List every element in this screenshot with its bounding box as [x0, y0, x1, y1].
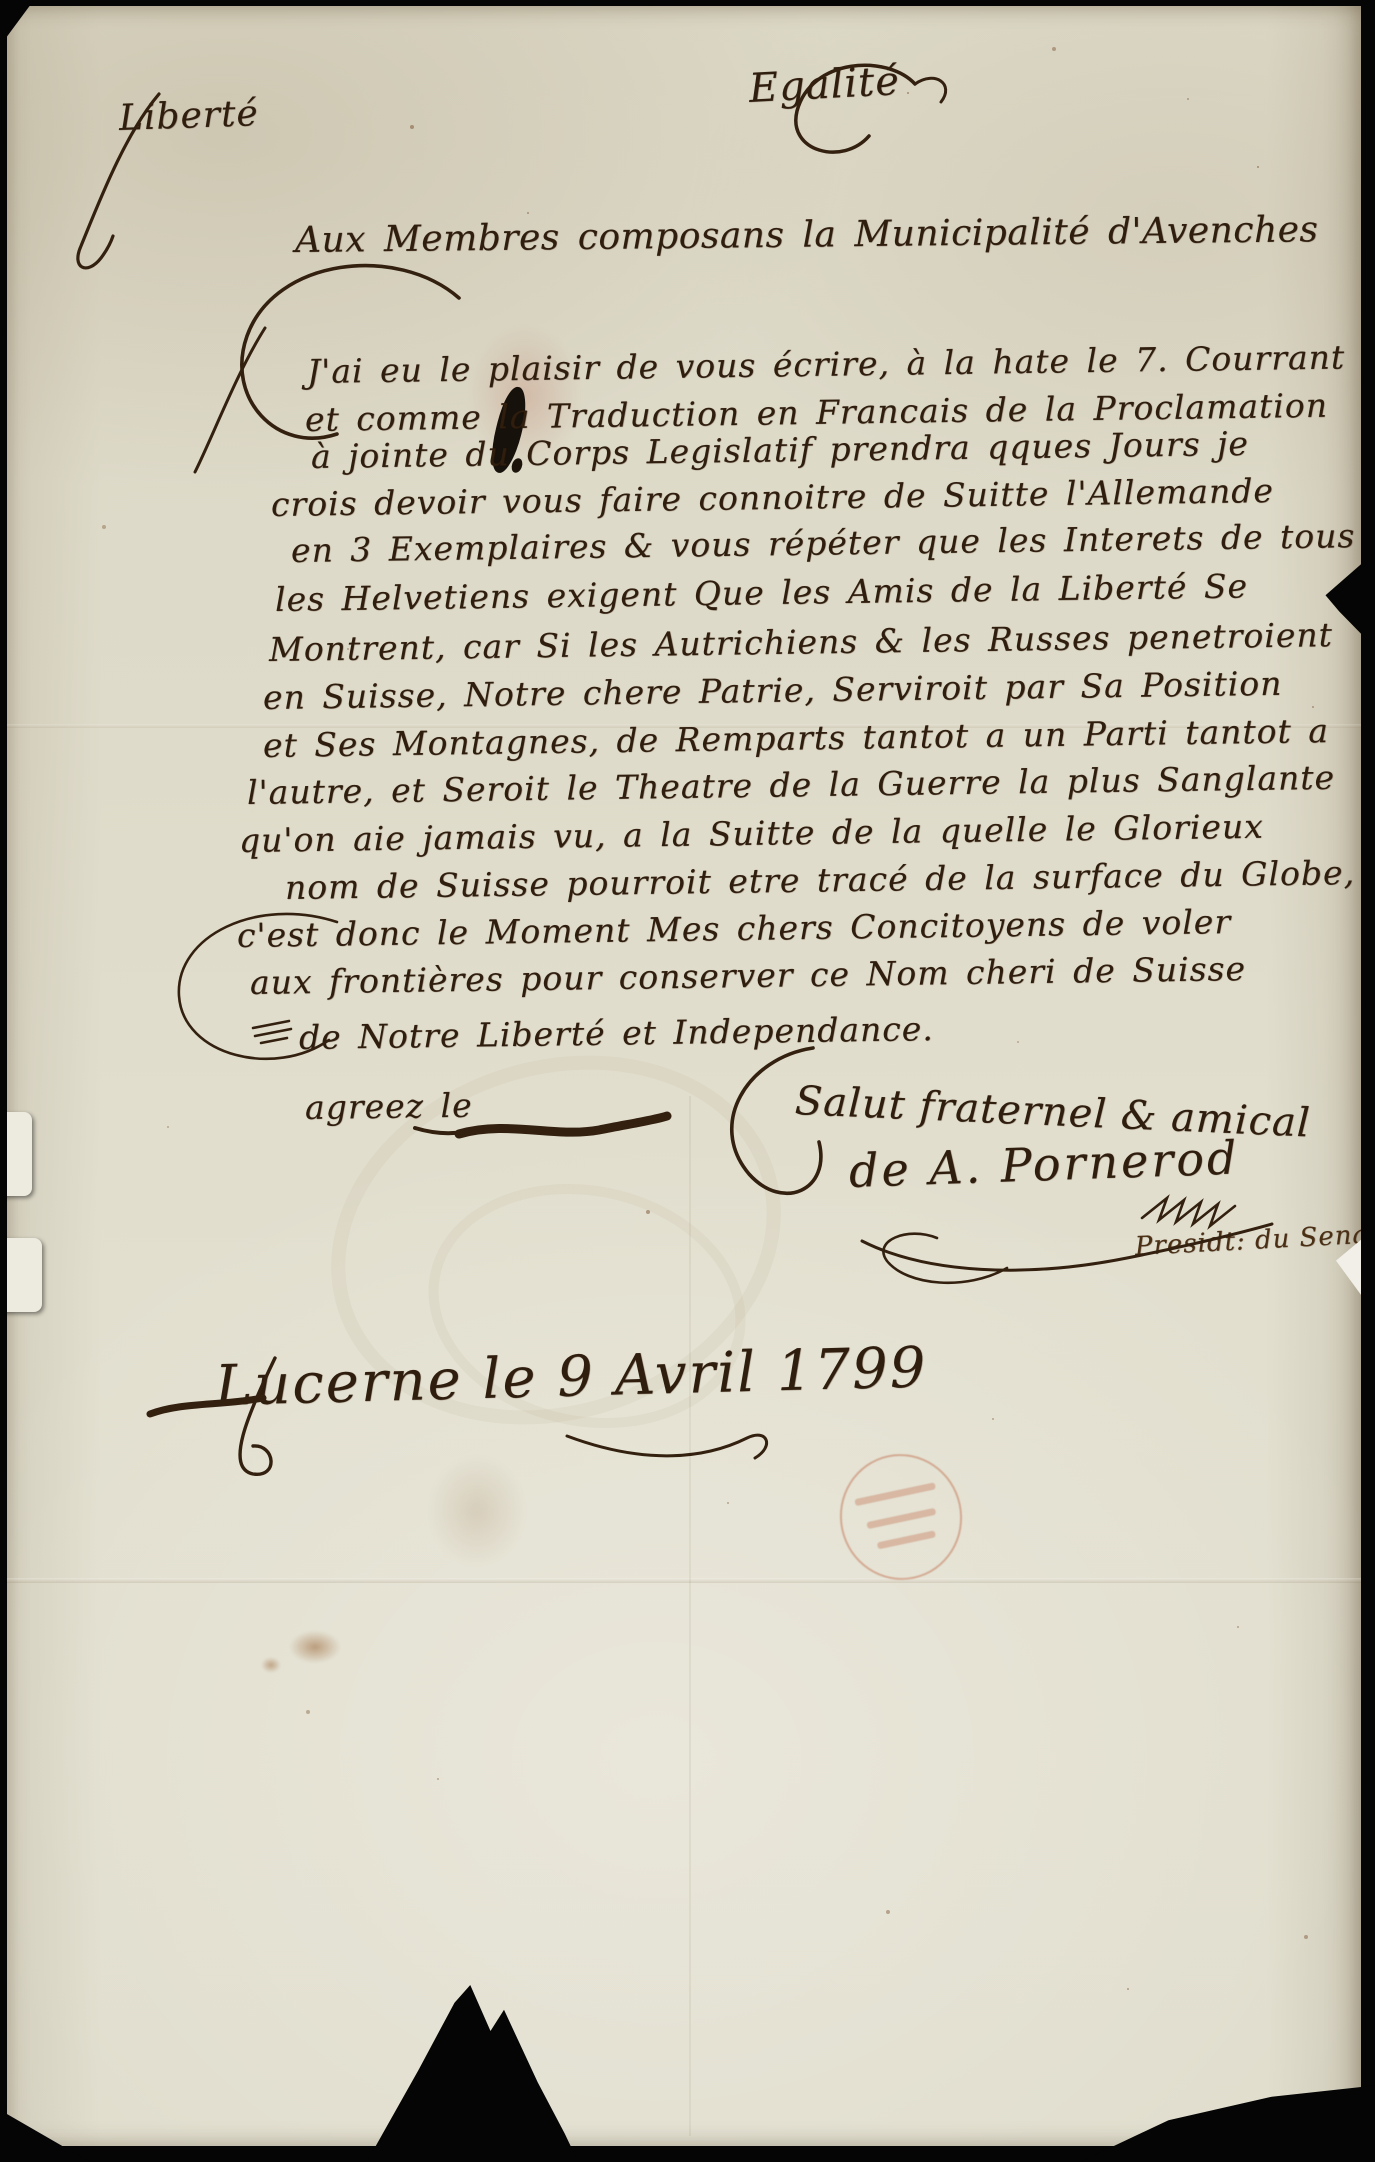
postal-stamp: [828, 1443, 974, 1592]
body-line-16: agreez le: [305, 1086, 473, 1127]
foxing-spot: [279, 1624, 351, 1670]
stamp-text-bar: [854, 1482, 936, 1506]
horizontal-fold-crease-2: [7, 1578, 1361, 1583]
body-line-8: en Suisse, Notre chere Patrie, Serviroit…: [263, 664, 1283, 717]
date-tail-flourish: [567, 1435, 767, 1458]
letter-paper: Liberté Egalité Aux Membres composans la…: [7, 6, 1361, 2146]
scanned-letter-photo: { "page": { "background_color": "#060606…: [0, 0, 1375, 2162]
frame-right: [1361, 0, 1375, 2162]
brown-smudge: [407, 1431, 547, 1591]
body-line-10: l'autre, et Seroit le Theatre de la Guer…: [247, 758, 1336, 812]
motto-liberte: Liberté: [118, 93, 259, 139]
stamp-text-bar: [876, 1530, 935, 1549]
scribble-correction: [253, 1021, 291, 1043]
body-line-4: crois devoir vous faire connoitre de Sui…: [271, 471, 1274, 524]
foxing-spot-small: [257, 1654, 285, 1676]
body-line-13: c'est donc le Moment Mes chers Concitoye…: [237, 902, 1232, 955]
signature-paraphe-loop: [883, 1234, 1007, 1283]
frame-top: [0, 0, 1375, 6]
vertical-fold-crease: [689, 1096, 691, 2136]
dateline: Lucerne le 9 Avril 1799: [214, 1335, 928, 1419]
body-line-11: qu'on aie jamais vu, a la Suitte de la q…: [239, 807, 1264, 860]
body-line-12: nom de Suisse pourroit etre tracé de la …: [285, 853, 1356, 907]
body-line-15: de Notre Liberté et Independance.: [299, 1009, 934, 1057]
stamp-text-bar: [866, 1507, 937, 1529]
body-line-5: en 3 Exemplaires & vous répéter que les …: [291, 516, 1356, 570]
motto-egalite: Egalité: [748, 58, 901, 112]
body-line-1: J'ai eu le plaisir de vous écrire, à la …: [307, 338, 1346, 391]
j-initial-tail: [195, 328, 265, 472]
signer-title: Presidt: du Senat: [1134, 1219, 1375, 1262]
addressee-line: Aux Membres composans la Municipalité d'…: [295, 209, 1319, 261]
signature-line: de A. Pornerod: [848, 1130, 1240, 1198]
frame-left: [0, 0, 7, 2162]
body-line-6: les Helvetiens exigent Que les Amis de l…: [275, 566, 1248, 619]
body-line-14: aux frontières pour conserver ce Nom che…: [250, 949, 1247, 1002]
body-line-9: et Ses Montagnes, de Remparts tantot a u…: [263, 711, 1329, 765]
egalite-e-curl: [915, 78, 946, 102]
signature-hatch-marks: [1142, 1198, 1235, 1226]
body-line-7: Montrent, car Si les Autrichiens & les R…: [269, 615, 1333, 669]
